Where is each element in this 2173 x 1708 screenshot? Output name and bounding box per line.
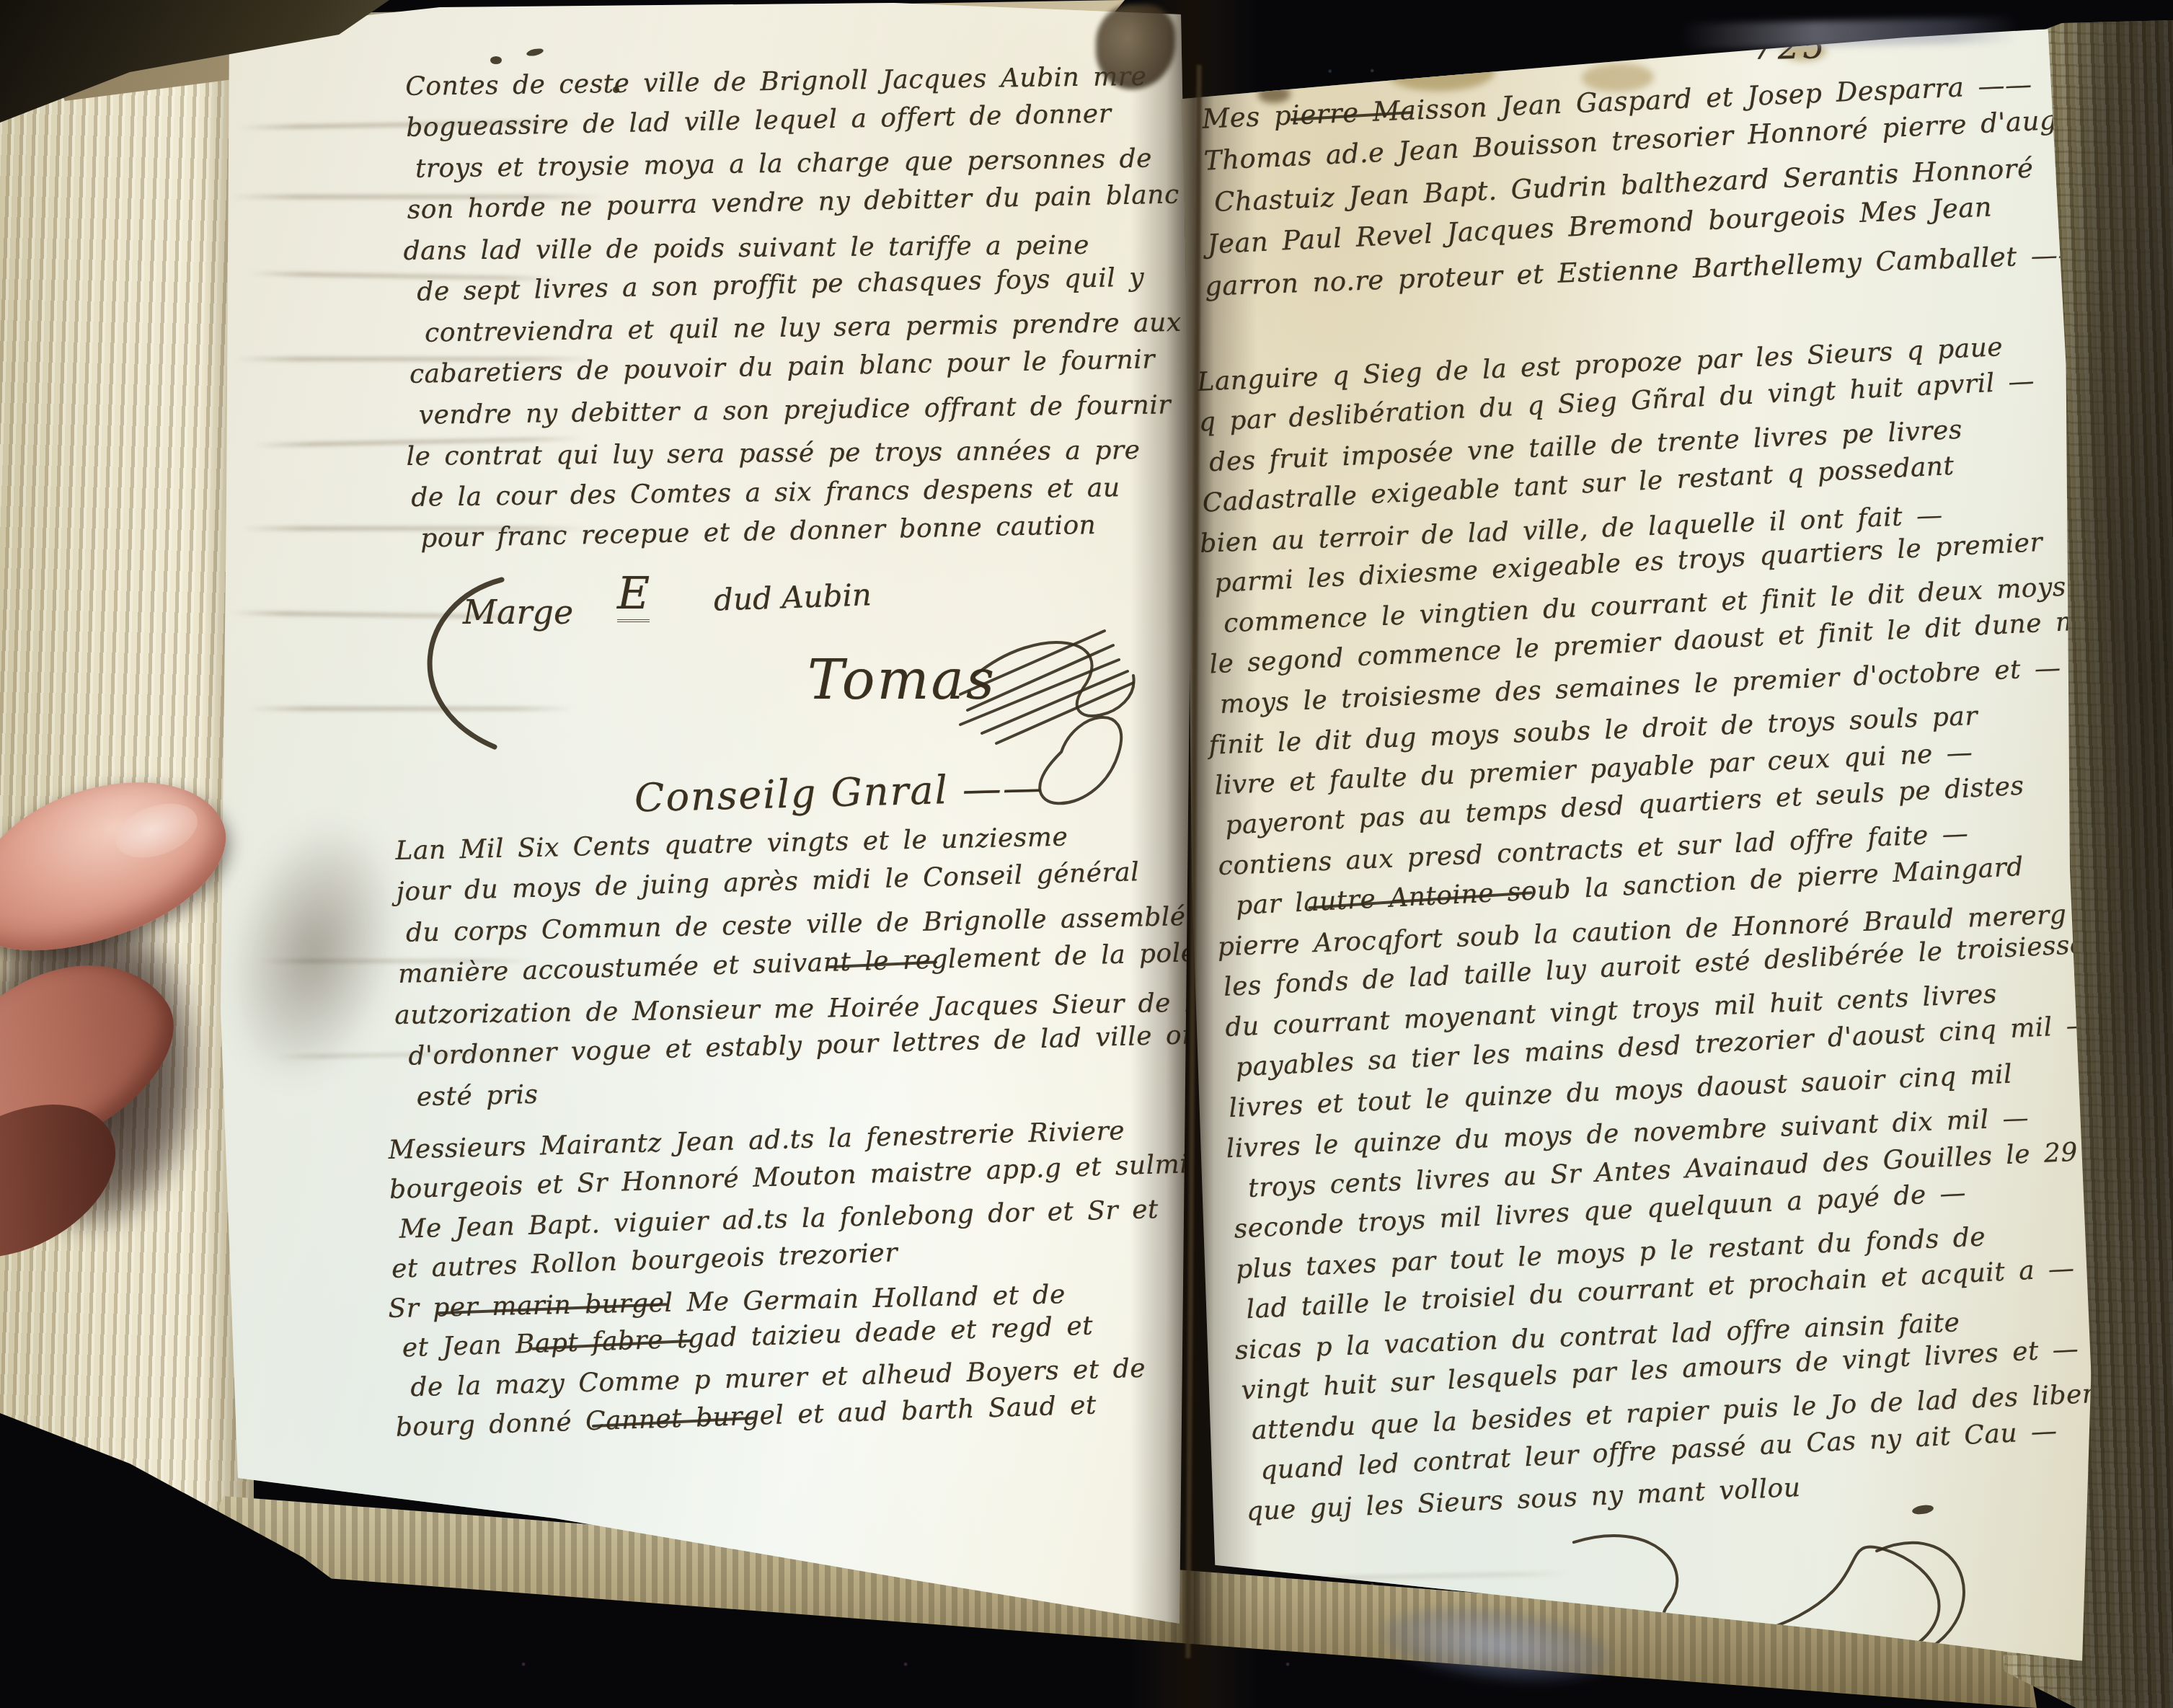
right-deliberation-paragraph: Languire q Sieg de la est propoze par le… <box>1196 322 2163 1532</box>
margin-note-reference: dud Aubin <box>713 577 872 618</box>
paper-stain <box>1386 53 1495 92</box>
section-heading-conseil-general: Conseilg Gnral —— <box>634 765 1043 821</box>
right-manuscript-page: 725 Mes pierre Maisson Jean Gaspard et J… <box>1148 4 2117 1702</box>
left-assembly-paragraph: Lan Mil Six Cents quatre vingts et le un… <box>395 813 1257 1118</box>
right-attendees-paragraph: Mes pierre Maisson Jean Gaspard et Josep… <box>1201 62 2088 308</box>
ink-spot <box>526 48 544 58</box>
reader-hand <box>0 764 281 1255</box>
margin-note-initial: E <box>617 567 650 622</box>
ink-spot <box>490 56 502 64</box>
left-ordinance-paragraph: Contes de ceste ville de Brignoll Jacque… <box>405 56 1185 559</box>
left-attendees-paragraph: Messieurs Mairantz Jean ad.ts la fenestr… <box>388 1109 1213 1447</box>
manuscript-photo: { "photo": { "background_color": "#07070… <box>0 0 2173 1708</box>
signature-paraph-flourish <box>952 609 1168 789</box>
bleed-through-marks <box>1265 1571 1567 1581</box>
margin-note-label: Marge <box>463 593 573 632</box>
